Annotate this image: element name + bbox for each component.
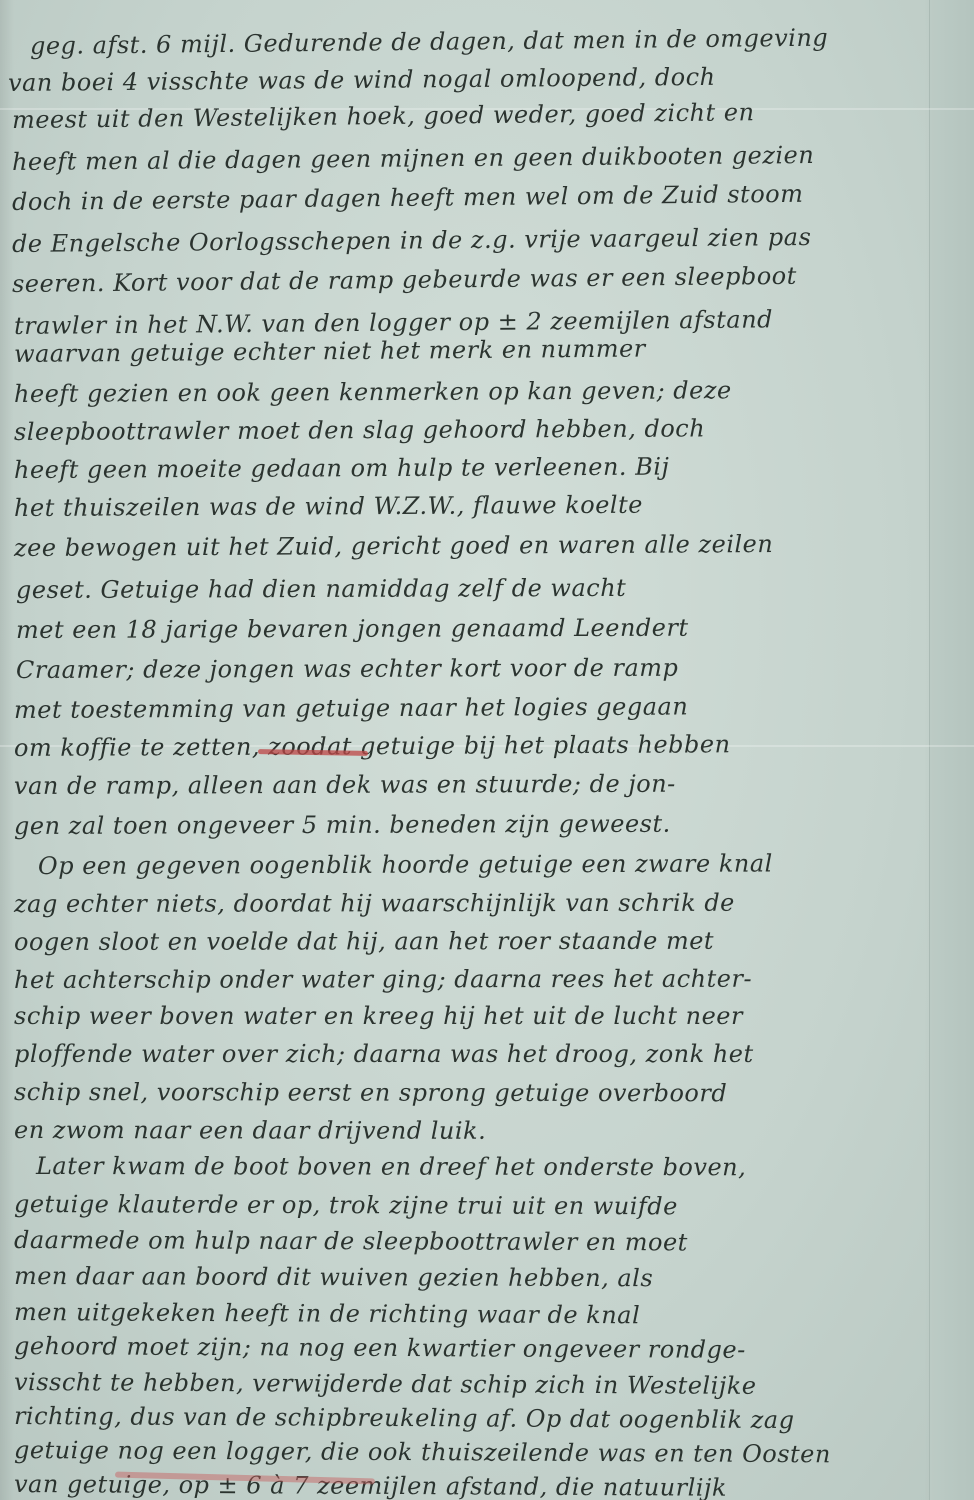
- text-line: Craamer; deze jongen was echter kort voo…: [16, 653, 916, 684]
- text-line: met toestemming van getuige naar het log…: [14, 691, 914, 724]
- text-line: om koffie te zetten, zoodat getuige bij …: [14, 729, 914, 762]
- text-line: heeft men al die dagen geen mijnen en ge…: [12, 140, 912, 176]
- text-line: geset. Getuige had dien namiddag zelf de…: [16, 573, 916, 604]
- text-line: zag echter niets, doordat hij waarschijn…: [14, 888, 914, 918]
- text-line: ploffende water over zich; daarna was he…: [14, 1040, 914, 1068]
- text-line: men uitgekeken heeft in de richting waar…: [14, 1298, 914, 1331]
- text-line: heeft geen moeite gedaan om hulp te verl…: [14, 451, 914, 484]
- text-line: met een 18 jarige bevaren jongen genaamd…: [16, 613, 916, 644]
- text-line: geg. afst. 6 mijl. Gedurende de dagen, d…: [30, 23, 930, 60]
- handwritten-text-block: geg. afst. 6 mijl. Gedurende de dagen, d…: [0, 0, 930, 1500]
- text-line: heeft gezien en ook geen kenmerken op ka…: [14, 375, 914, 408]
- text-line: oogen sloot en voelde dat hij, aan het r…: [14, 926, 914, 956]
- text-line: doch in de eerste paar dagen heeft men w…: [12, 179, 912, 216]
- text-line: van boei 4 visschte was de wind nogal om…: [8, 61, 908, 97]
- text-line: sleepboottrawler moet den slag gehoord h…: [14, 413, 914, 446]
- paper-right-margin: [929, 0, 974, 1500]
- manuscript-page: geg. afst. 6 mijl. Gedurende de dagen, d…: [0, 0, 974, 1500]
- text-line: schip weer boven water en kreeg hij het …: [14, 1002, 914, 1030]
- text-line: Later kwam de boot boven en dreef het on…: [36, 1152, 896, 1182]
- text-line: de Engelsche Oorlogsschepen in de z.g. v…: [12, 222, 912, 258]
- text-line: daarmede om hulp naar de sleepboottrawle…: [14, 1226, 914, 1257]
- text-line: en zwom naar een daar drijvend luik.: [14, 1116, 914, 1146]
- text-line: meest uit den Westelijken hoek, goed wed…: [12, 97, 912, 134]
- text-line: zee bewogen uit het Zuid, gericht goed e…: [14, 529, 914, 562]
- text-line: Op een gegeven oogenblik hoorde getuige …: [38, 849, 898, 880]
- text-line: schip snel, voorschip eerst en sprong ge…: [14, 1078, 914, 1108]
- text-line: gen zal toen ongeveer 5 min. beneden zij…: [14, 809, 914, 840]
- text-line: het thuiszeilen was de wind W.Z.W., flau…: [14, 489, 914, 522]
- text-line: van de ramp, alleen aan dek was en stuur…: [14, 769, 914, 800]
- text-line: visscht te hebben, verwijderde dat schip…: [14, 1368, 914, 1401]
- text-line: men daar aan boord dit wuiven gezien heb…: [14, 1262, 914, 1293]
- text-line: richting, dus van de schipbreukeling af.…: [14, 1402, 914, 1435]
- text-line: het achterschip onder water ging; daarna…: [14, 964, 914, 994]
- text-line: gehoord moet zijn; na nog een kwartier o…: [14, 1332, 914, 1365]
- text-line: getuige klauterde er op, trok zijne trui…: [14, 1190, 914, 1221]
- text-line: seeren. Kort voor dat de ramp gebeurde w…: [12, 261, 912, 298]
- text-line: getuige nog een logger, die ook thuiszei…: [14, 1436, 914, 1469]
